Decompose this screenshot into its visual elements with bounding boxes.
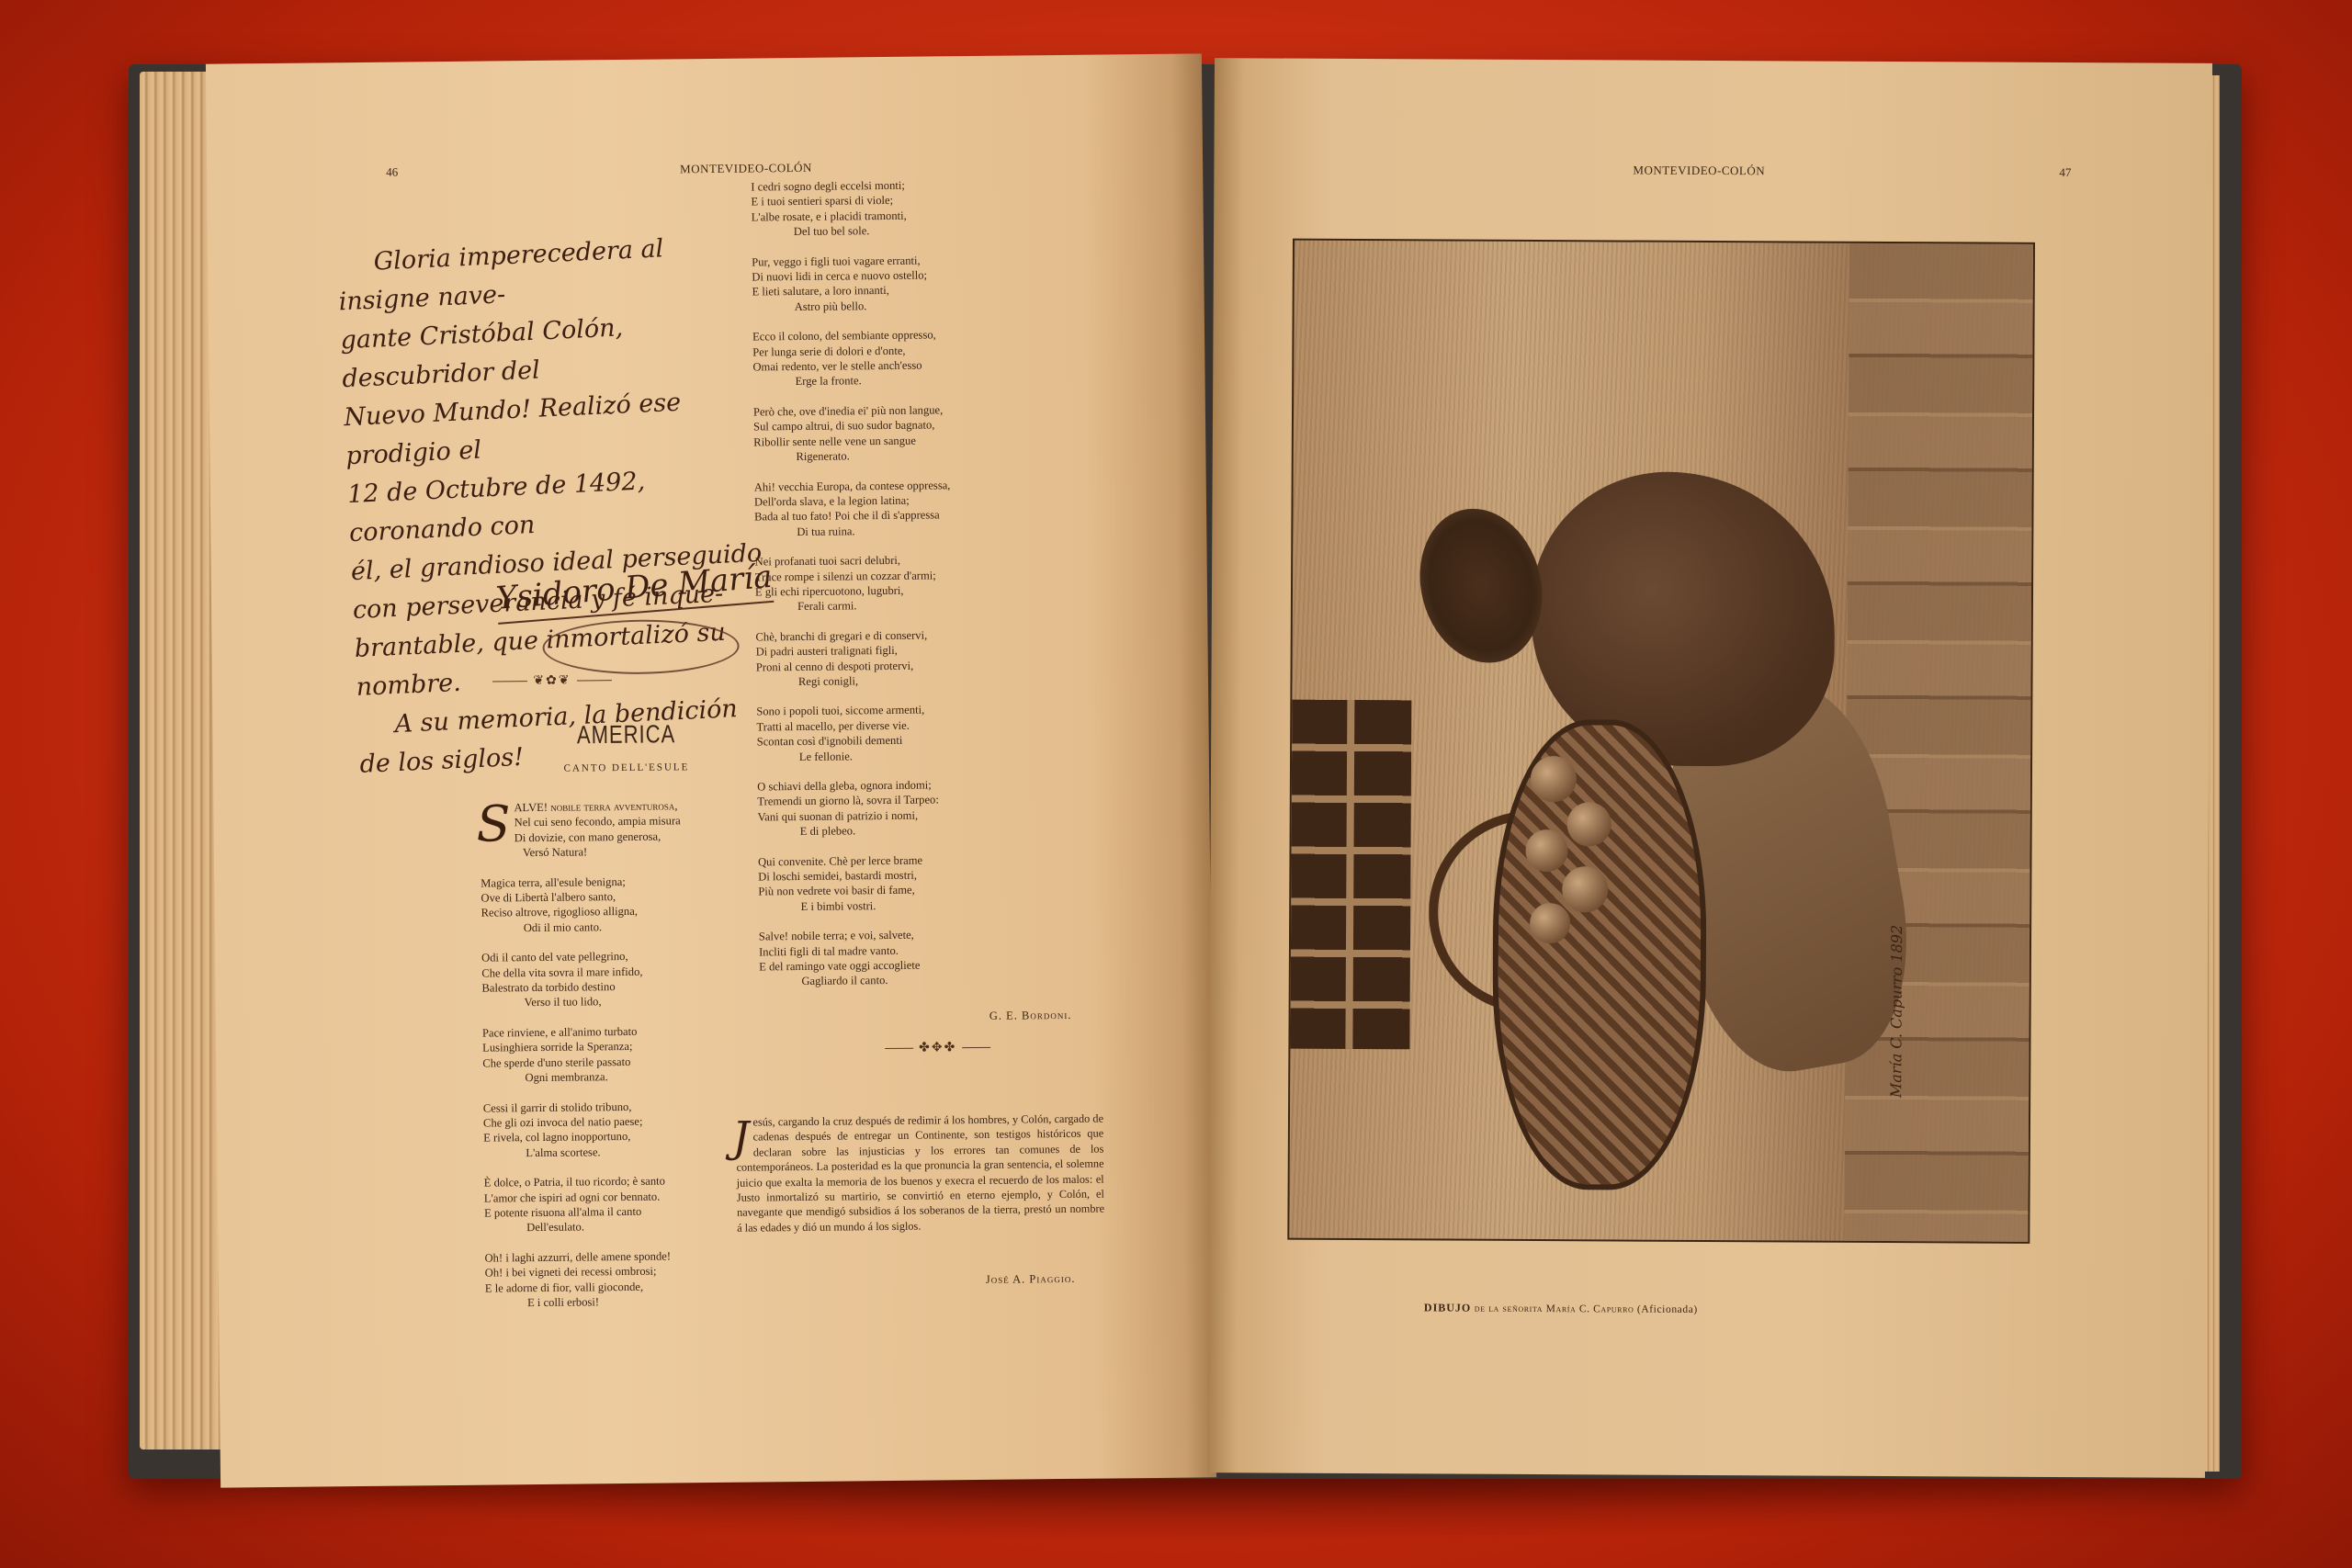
verse-line: Ogni membranza. [482, 1068, 758, 1087]
ornament-divider-icon: ❦✿❦ [492, 673, 612, 687]
verse-line: L'alma scortese. [483, 1143, 759, 1161]
stanza: Però che, ove d'inedia ei' più non langu… [753, 401, 1048, 465]
verse-line: E di plebeo. [758, 821, 1052, 840]
fruit-icon [1567, 802, 1611, 846]
stanza: Ecco il colono, del sembiante oppresso, … [752, 326, 1047, 389]
verse-line: E i colli erbosi! [485, 1292, 761, 1311]
stanza: Ahi! vecchia Europa, da contese oppressa… [754, 477, 1049, 540]
stanza: Nei profanati tuoi sacri delubri, Truce … [755, 551, 1050, 615]
prose-text: esús, cargando la cruz después de redimi… [736, 1112, 1104, 1235]
prose-paragraph: Jesús, cargando la cruz después de redim… [736, 1111, 1104, 1235]
fruit-icon [1525, 829, 1567, 872]
fruit-icon [1562, 866, 1608, 912]
fruit-icon [1530, 903, 1570, 943]
illustration-sleeping-boy: María C. Capurro 1892 [1287, 239, 2035, 1244]
verse-line: Di tua ruina. [754, 522, 1048, 540]
page-number: 47 [2059, 165, 2071, 180]
stanza: Sono i popoli tuoi, siccome armenti, Tra… [756, 702, 1051, 765]
handwritten-letter: Gloria imperecedera al insigne nave- gan… [336, 226, 783, 784]
stanza: Qui convenite. Chè per lerce brame Di lo… [758, 852, 1053, 915]
caption-bold: DIBUJO [1424, 1301, 1471, 1314]
prose-author: José A. Piaggio. [986, 1272, 1076, 1287]
stanza: I cedri sogno degli eccelsi monti; E i t… [751, 176, 1046, 240]
left-page: 46 MONTEVIDEO-COLÓN Gloria imperecedera … [206, 53, 1216, 1487]
fruit-icon [1531, 756, 1577, 802]
poem-subtitle: CANTO DELL'ESULE [507, 761, 746, 775]
stanza: S ALVE! nobile terra avventurosa, Nel cu… [480, 797, 756, 861]
caption-note: (Aficionada) [1637, 1304, 1698, 1315]
stanza: Odi il canto del vate pellegrino, Che de… [481, 948, 758, 1011]
poem-column-1: S ALVE! nobile terra avventurosa, Nel cu… [480, 797, 761, 1325]
poem-title: AMERICA [506, 718, 745, 750]
fruit-basket [1492, 719, 1708, 1190]
verse-line: Verso il tuo lido, [482, 993, 758, 1011]
stanza: O schiavi della gleba, ognora indomi; Tr… [757, 776, 1052, 840]
right-page: MONTEVIDEO-COLÓN 47 María C. Capurro 189… [1207, 58, 2212, 1478]
verse-line: Astro più bello. [752, 297, 1046, 315]
verse-line: Odi il mio canto. [481, 918, 757, 936]
stone-wall [1844, 243, 2033, 1242]
verse-line: Rigenerato. [753, 446, 1047, 465]
verse-line: Dell'esulato. [484, 1218, 760, 1236]
stanza: Oh! i laghi azzurri, delle amene sponde!… [484, 1247, 761, 1311]
barred-window [1290, 700, 1411, 1050]
caption-name: María C. Capurro [1546, 1303, 1634, 1315]
stanza: È dolce, o Patria, il tuo ricordo; è san… [484, 1173, 761, 1236]
ornament-divider-icon: ✤✥✤ [885, 1041, 990, 1055]
verse-line: Le fellonie. [757, 747, 1051, 765]
stanza: Cessi il garrir di stolido tribuno, Che … [483, 1098, 760, 1161]
running-head: MONTEVIDEO-COLÓN [680, 161, 812, 177]
artist-signature: María C. Capurro 1892 [1887, 925, 1905, 1098]
caption-middle: de la señorita [1475, 1303, 1543, 1314]
illustration-caption: DIBUJO de la señorita María C. Capurro (… [1424, 1301, 1698, 1316]
poem-author: G. E. Bordoni. [989, 1009, 1072, 1023]
stanza: Salve! nobile terra; e voi, salvete, Inc… [759, 926, 1054, 989]
stanza: Magica terra, all'esule benigna; Ove di … [481, 873, 757, 936]
page-number: 46 [386, 165, 398, 180]
dropcap-s-icon: S [476, 800, 511, 844]
running-head: MONTEVIDEO-COLÓN [1633, 164, 1765, 179]
verse-line: Ferali carmi. [755, 596, 1049, 615]
verse-line: Erge la fronte. [752, 372, 1046, 390]
dropcap-j-icon: J [732, 1115, 750, 1156]
stanza: Pur, veggo i figli tuoi vagare erranti, … [752, 252, 1046, 315]
stanza: Chè, branchi di gregari e di conservi, D… [755, 626, 1050, 690]
verse-line: Versó Natura! [481, 843, 756, 862]
stanza: Pace rinviene, e all'animo turbato Lusin… [482, 1022, 759, 1086]
poem-column-2: I cedri sogno degli eccelsi monti; E i t… [751, 176, 1053, 1004]
verse-line: Gagliardo il canto. [759, 972, 1053, 990]
verse-line: Del tuo bel sole. [752, 221, 1046, 240]
verse-line: E i bimbi vostri. [758, 897, 1052, 915]
verse-line: Regi conigli, [756, 671, 1050, 690]
